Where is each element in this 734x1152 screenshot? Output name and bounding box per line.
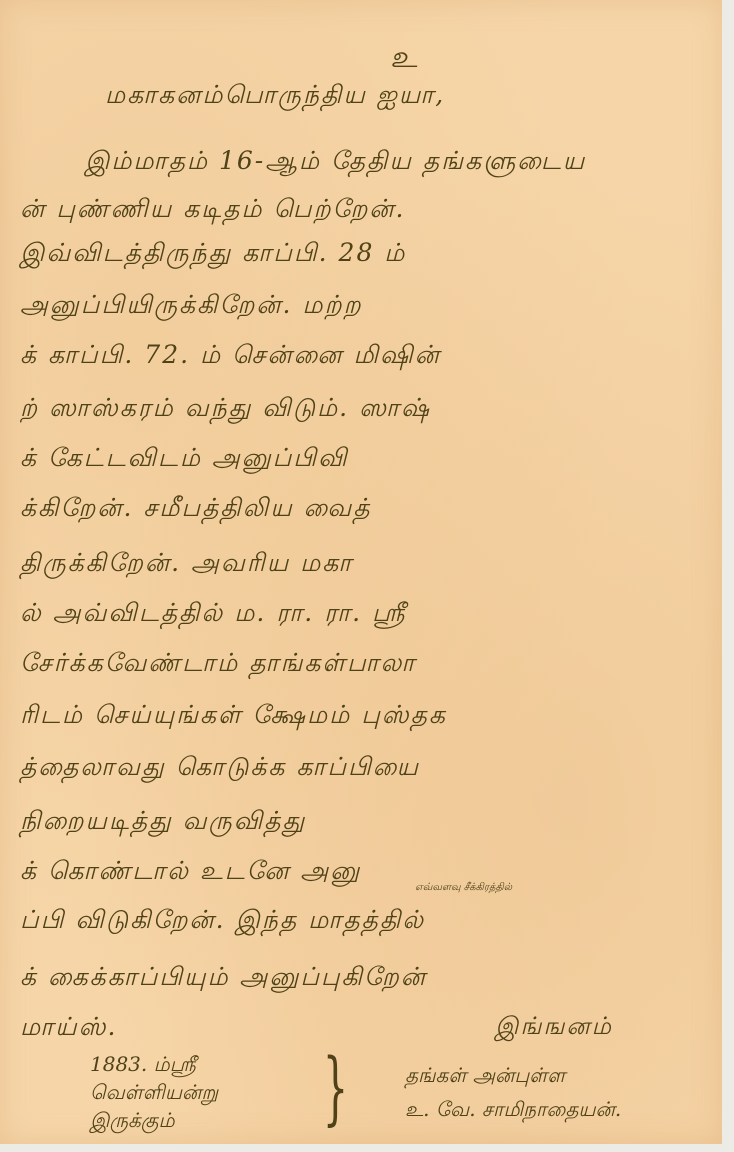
letter-paper: உ மகாகனம்பொருந்திய ஐயா, இம்மாதம் 16-ஆம் … <box>0 0 722 1144</box>
salutation: மகாகனம்பொருந்திய ஐயா, <box>105 80 445 113</box>
body-line: ரிடம் செய்யுங்கள் க்ஷேமம் புஸ்தக <box>20 700 447 733</box>
body-line: ல் அவ்விடத்தில் ம. ரா. ரா. ஸ்ரீ <box>20 598 406 631</box>
date-line: வெள்ளியன்று <box>90 1078 218 1106</box>
body-line: க் கைக்காப்பியும் அனுப்புகிறேன் <box>20 962 427 995</box>
body-line: திருக்கிறேன். அவரிய மகா <box>20 548 353 581</box>
closing: இங்ஙனம் <box>495 1012 613 1043</box>
body-line: த்தைலாவது கொடுக்க காப்பியை <box>20 752 420 785</box>
body-line: க் கொண்டால் உடனே அனு <box>20 856 361 889</box>
body-line: இவ்விடத்திருந்து காப்பி. 28 ம் <box>20 238 406 271</box>
body-line: நிறையடித்து வருவித்து <box>20 806 306 839</box>
body-line: க் காப்பி. 72. ம் சென்னை மிஷின் <box>20 340 441 373</box>
signature-line: உ. வே. சாமிநாதையன். <box>405 1092 621 1126</box>
body-line: க் கேட்டவிடம் அனுப்பிவி <box>20 443 349 476</box>
date-line: 1883. ம்ஸ்ரீ <box>90 1050 218 1078</box>
body-line: ன் புண்ணிய கடிதம் பெற்றேன். <box>20 194 405 227</box>
body-line: சேர்க்கவேண்டாம் தாங்கள்பாலா <box>20 648 416 681</box>
body-line: க்கிறேன். சமீபத்திலிய வைத் <box>20 493 372 526</box>
body-line: அனுப்பியிருக்கிறேன். மற்ற <box>20 290 363 323</box>
body-line: மாய்ஸ். <box>20 1012 117 1045</box>
body-line: ற் ஸாஸ்கரம் வந்து விடும். ஸாஷ் <box>20 393 431 426</box>
body-line: இம்மாதம் 16-ஆம் தேதிய தங்களுடைய <box>85 146 586 179</box>
signature-line: தங்கள் அன்புள்ள <box>405 1058 621 1092</box>
date-block: 1883. ம்ஸ்ரீ வெள்ளியன்று இருக்கும் <box>90 1050 218 1134</box>
brace-icon: } <box>323 1048 348 1128</box>
date-line: இருக்கும் <box>90 1106 218 1134</box>
interlinear-note: எவ்வளவு சீக்கிரத்தில் <box>415 882 512 894</box>
header-mark: உ <box>390 40 419 79</box>
signature: தங்கள் அன்புள்ள உ. வே. சாமிநாதையன். <box>405 1058 621 1126</box>
body-line: ப்பி விடுகிறேன். இந்த மாதத்தில் <box>20 905 425 938</box>
